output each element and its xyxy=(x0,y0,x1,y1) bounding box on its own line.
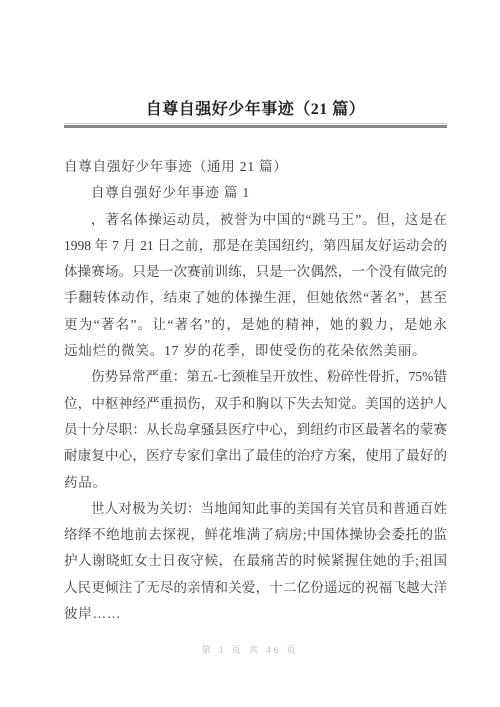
page-footer: 第 1 页 共 46 页 xyxy=(0,643,500,656)
text-line: ，著名体操运动员，被誉为中国的“跳马王”。但，这是在 xyxy=(64,207,447,233)
text-line: 远灿烂的微笑。17 岁的花季，即使受伤的花朵依然美丽。 xyxy=(64,338,447,364)
text-line: 人民更倾注了无尽的亲情和关爱，十二亿份遥远的祝福飞越大洋 xyxy=(64,575,447,601)
title-divider xyxy=(64,123,447,128)
text-line: 自尊自强好少年事迹（通用 21 篇） xyxy=(64,154,447,180)
text-line: 1998 年 7 月 21 日之前，那是在美国纽约，第四届友好运动会的 xyxy=(64,233,447,259)
text-line: 体操赛场。只是一次赛前训练，只是一次偶然，一个没有做完的 xyxy=(64,259,447,285)
title-divider-light-line xyxy=(64,123,447,124)
text-line: 更为“著名”。让“著名”的，是她的精神，她的毅力，是她永 xyxy=(64,312,447,338)
title-divider-dark-line xyxy=(64,125,447,128)
document-body: 自尊自强好少年事迹（通用 21 篇）自尊自强好少年事迹 篇 1，著名体操运动员，… xyxy=(64,154,447,627)
text-line: 世人对极为关切：当地闻知此事的美国有关官员和普通百姓 xyxy=(64,496,447,522)
text-line: 护人谢晓虹女士日夜守候，在最痛苦的时候紧握住她的手;祖国 xyxy=(64,548,447,574)
text-line: 位，中枢神经严重损伤，双手和胸以下失去知觉。美国的送护人 xyxy=(64,391,447,417)
text-line: 自尊自强好少年事迹 篇 1 xyxy=(64,180,447,206)
page-number-text: 第 1 页 共 46 页 xyxy=(202,645,299,655)
text-line: 彼岸…… xyxy=(64,601,447,627)
text-line: 伤势异常严重：第五-七颈椎呈开放性、粉碎性骨折，75%错 xyxy=(64,364,447,390)
text-line: 耐康复中心，医疗专家们拿出了最佳的治疗方案，使用了最好的 xyxy=(64,443,447,469)
document-page: 自尊自强好少年事迹（21 篇） 自尊自强好少年事迹（通用 21 篇）自尊自强好少… xyxy=(0,0,500,707)
text-line: 络绎不绝地前去探视，鲜花堆满了病房;中国体操协会委托的监 xyxy=(64,522,447,548)
document-content: 自尊自强好少年事迹（21 篇） 自尊自强好少年事迹（通用 21 篇）自尊自强好少… xyxy=(64,0,447,627)
page-title: 自尊自强好少年事迹（21 篇） xyxy=(64,0,447,120)
text-line: 手翻转体动作，结束了她的体操生涯，但她依然“著名”，甚至 xyxy=(64,285,447,311)
text-line: 员十分尽职：从长岛拿骚县医疗中心，到纽约市区最著名的蒙赛 xyxy=(64,417,447,443)
text-line: 药品。 xyxy=(64,470,447,496)
